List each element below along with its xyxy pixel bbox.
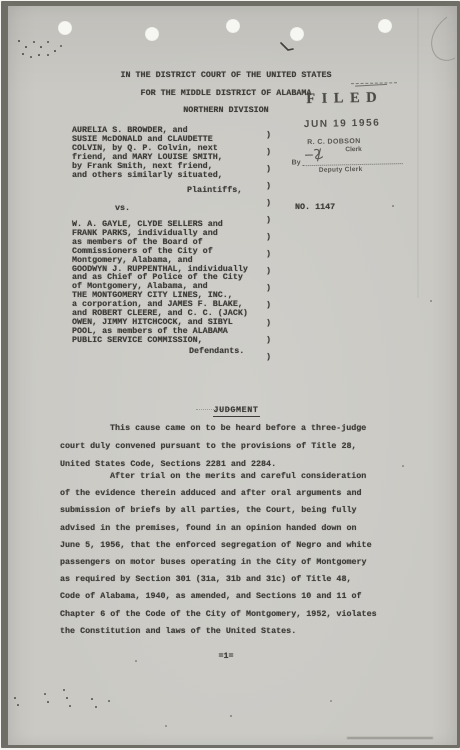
plaintiffs-label: Plaintiffs, [187,185,242,195]
by-label: By [292,159,301,166]
defendants-label: Defendants. [189,346,244,356]
filed-stamp: FILED JUN 19 1956 R. C. DOBSON Clerk By … [289,79,431,184]
clerk-title: Clerk [345,146,361,153]
signature-mark [304,146,338,163]
punch-hole [145,27,159,41]
crease-line [420,15,458,70]
scanned-document: IN THE DISTRICT COURT OF THE UNITED STAT… [0,0,460,750]
judgment-title-smudge [196,409,240,410]
punch-hole [58,21,72,35]
page-number: =1= [0,651,452,661]
filed-date: JUN 19 1956 [304,118,381,131]
check-mark [279,42,295,54]
deputy-clerk-title: Deputy Clerk [319,166,363,174]
clerk-name: R. C. DOBSON [307,138,361,146]
stamp-solid-line [355,84,387,87]
punch-hole [378,19,392,33]
judgment-paragraph-1: This cause came on to be heard before a … [60,419,366,473]
parenthesis-column: ) ) ) ) ) ) ) ) ) ) ) ) ) ) [266,127,271,366]
versus-label: vs. [115,203,130,213]
judgment-paragraph-2: After trial on the merits and careful co… [60,468,377,640]
smudge-bottom-right [347,737,433,739]
speckles-bottom [0,0,2,2]
judgment-title-text: JUDGMENT [213,405,260,417]
plaintiffs-names: AURELIA S. BROWDER, and SUSIE McDONALD a… [72,126,223,179]
punch-hole [226,19,240,33]
defendants-names: W. A. GAYLE, CLYDE SELLERS and FRANK PAR… [72,220,248,345]
punch-hole [290,27,304,41]
filed-stamp-label: FILED [306,90,383,109]
case-number: NO. 1147 [295,202,335,212]
